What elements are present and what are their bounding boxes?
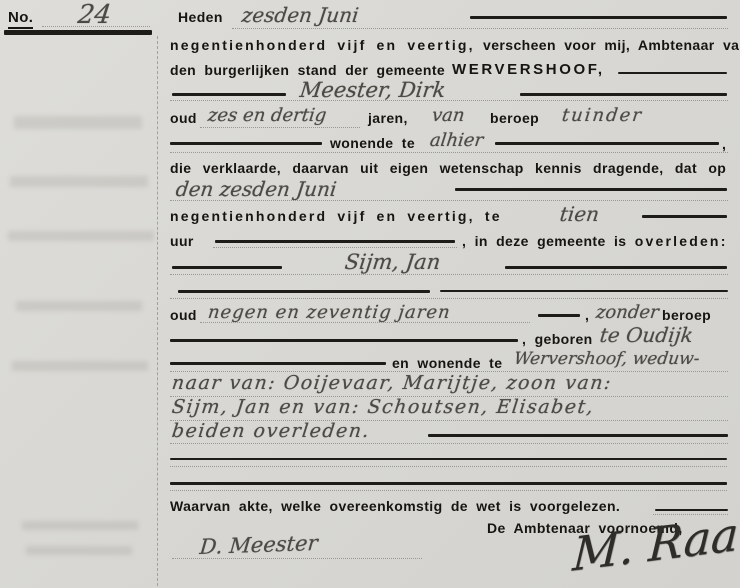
official-signature: M. Raat	[571, 504, 740, 581]
municipality-name: WERVERSHOOF,	[452, 61, 605, 78]
beroep-label: beroep	[490, 110, 539, 126]
strike-line	[618, 72, 727, 74]
declarant-residence-written: alhier	[429, 130, 485, 151]
dotted-field-line	[200, 322, 530, 323]
strike-line	[172, 266, 282, 269]
wonende-label: wonende te	[330, 135, 415, 151]
birth-place-written: te Oudijk	[599, 323, 695, 347]
dotted-field-line	[170, 490, 727, 491]
bleed-through-smudge	[14, 116, 142, 129]
dotted-field-line	[172, 558, 422, 559]
zonder-written: zonder	[595, 302, 660, 323]
strike-line	[642, 215, 727, 218]
strike-line	[505, 266, 727, 269]
year-text: negentienhonderd vijf en veertig,	[170, 37, 475, 53]
civil-registry-line: den burgerlijken stand der gemeente	[170, 62, 445, 78]
dotted-field-line	[170, 100, 728, 101]
appeared-text: verscheen voor mij, Ambtenaar van	[483, 37, 740, 53]
residence-written-line4: beiden overleden.	[171, 420, 372, 442]
dotted-field-line	[170, 298, 728, 299]
death-year-line: negentienhonderd vijf en veertig, te	[170, 208, 502, 224]
bleed-through-smudge	[8, 231, 154, 241]
died-in-municipality-line: , in deze gemeente is overleden:	[462, 233, 728, 249]
margin-dotted-line	[42, 26, 150, 27]
margin-thick-rule	[4, 30, 152, 35]
oud2-label: oud	[170, 307, 197, 323]
died-text-b: overleden:	[635, 233, 728, 249]
deceased-name-written: Sijm, Jan	[344, 250, 442, 274]
jaren-label: jaren,	[368, 110, 408, 126]
bleed-through-smudge	[12, 361, 148, 371]
dotted-field-line	[170, 274, 728, 275]
residence-written-line1: Wervershoof, weduw-	[513, 349, 701, 369]
strike-line	[170, 339, 518, 342]
dotted-field-line	[170, 443, 728, 444]
van-written: van	[431, 105, 466, 126]
strike-line	[170, 142, 322, 145]
strike-line	[440, 290, 728, 292]
declarant-occupation-written: tuinder	[561, 105, 645, 126]
died-text-a: , in deze gemeente is	[462, 233, 626, 249]
act-date-written: zesden Juni	[241, 3, 361, 27]
strike-line	[495, 142, 719, 145]
strike-line	[215, 240, 455, 243]
residence-written-line2: naar van: Ooijevaar, Marijtje, zoon van:	[171, 372, 614, 394]
wonende2-label: en wonende te	[392, 355, 502, 371]
bleed-through-smudge	[22, 521, 138, 530]
deceased-age-written: negen en zeventig jaren	[207, 302, 452, 323]
comma2: ,	[585, 307, 589, 323]
declarant-age-written: zes en dertig	[207, 105, 328, 126]
strike-line	[470, 16, 727, 19]
declaration-line: die verklaarde, daarvan uit eigen wetens…	[170, 160, 726, 176]
dotted-field-line	[170, 200, 728, 201]
bleed-through-smudge	[16, 301, 142, 311]
strike-line	[428, 434, 728, 437]
strike-line	[172, 93, 286, 96]
strike-line	[520, 93, 727, 96]
dotted-field-line	[213, 247, 457, 248]
strike-line	[170, 482, 727, 485]
beroep2-label: beroep	[662, 307, 711, 323]
year-appearance-line: negentienhonderd vijf en veertig, versch…	[170, 37, 740, 53]
closing-line: Waarvan akte, welke overeenkomstig de we…	[170, 498, 620, 514]
geboren-label: , geboren	[522, 331, 593, 347]
act-number-label: No.	[8, 9, 33, 29]
declarant-name-written: Meester, Dirk	[299, 78, 447, 102]
death-date-written: den zesden Juni	[175, 177, 339, 201]
bleed-through-smudge	[26, 546, 132, 555]
strike-line	[178, 290, 430, 293]
heden-label: Heden	[178, 9, 223, 25]
strike-line	[538, 314, 580, 317]
uur-label: uur	[170, 233, 194, 249]
trailing-comma: ,	[722, 136, 726, 152]
dotted-field-line	[200, 127, 360, 128]
death-certificate-scan: No. 24 Heden zesden Juni negentienhonder…	[0, 0, 740, 588]
strike-line	[170, 458, 727, 460]
dotted-field-line	[170, 466, 727, 467]
declarant-signature: D. Meester	[199, 531, 319, 559]
bleed-through-smudge	[10, 176, 148, 187]
strike-line	[170, 362, 386, 365]
dotted-field-line	[232, 28, 728, 29]
residence-written-line3: Sijm, Jan en van: Schoutsen, Elisabet,	[171, 396, 596, 418]
dotted-field-line	[170, 152, 728, 153]
death-hour-written: tien	[559, 202, 601, 226]
margin-divider	[157, 36, 158, 586]
strike-line	[455, 188, 727, 191]
oud-label: oud	[170, 110, 197, 126]
